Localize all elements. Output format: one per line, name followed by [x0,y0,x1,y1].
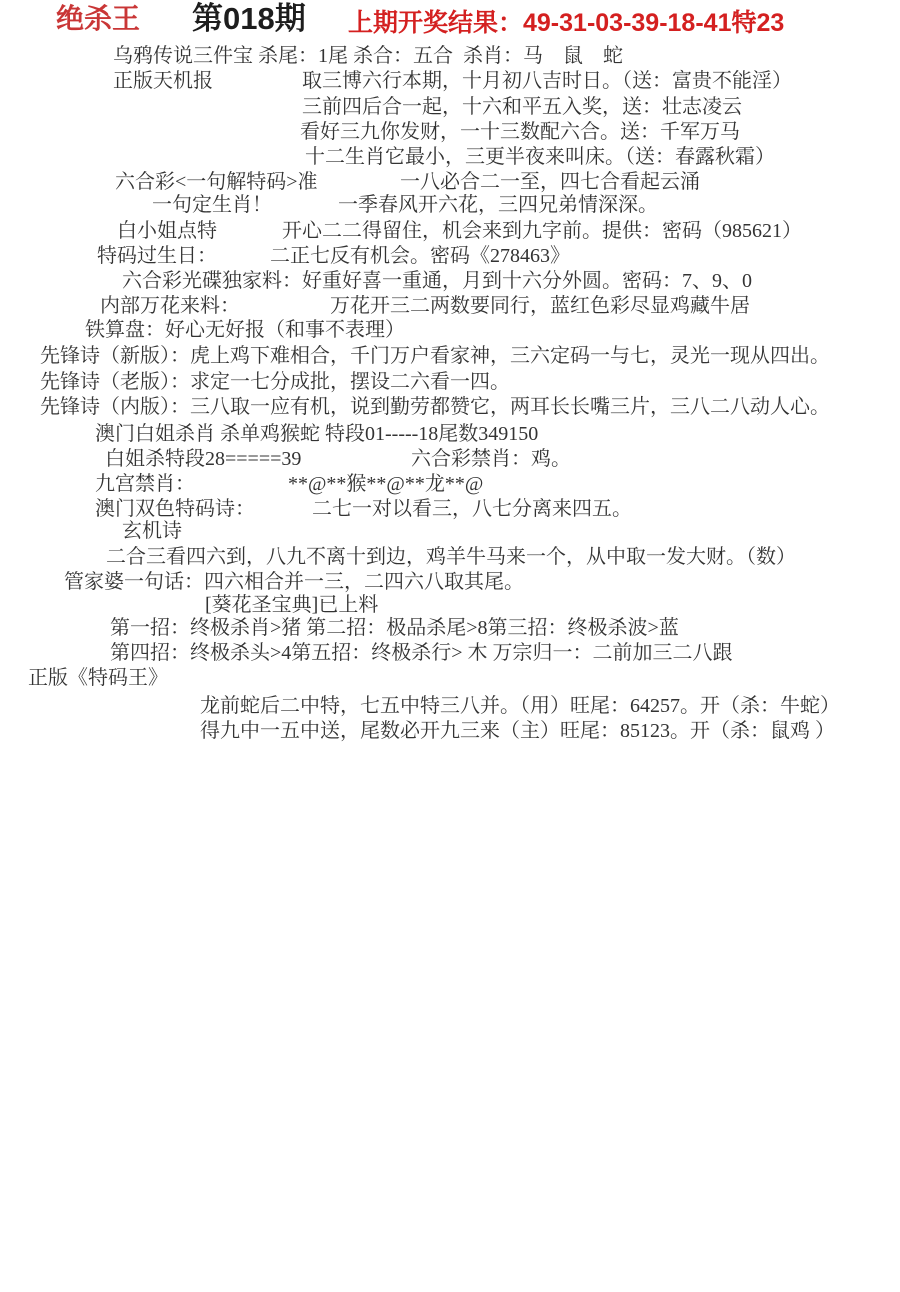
lottery-tip-sheet: 绝杀王 第018期 上期开奖结果：49-31-03-39-18-41特23 乌鸦… [0,0,900,1292]
internal-wanhua-text: 万花开三二两数要同行，蓝红色彩尽显鸡藏牛居 [330,294,750,318]
pioneer-poem-old: 先锋诗（老版）：求定一七分成批，摆设二六看一四。 [40,370,510,394]
one-sentence-zodiac-label: 一句定生肖！ [152,193,272,217]
macau-double-color-text: 二七一对以看三，八七分离来四五。 [312,497,632,521]
wuya-three-treasures-line: 乌鸦传说三件宝 杀尾：1尾 杀合：五合 杀肖：马 鼠 蛇 [113,44,623,68]
macau-bai-kill-zodiac-line: 澳门白姐杀肖 杀单鸡猴蛇 特段01-----18尾数349150 [95,422,538,446]
last-draw-result: 上期开奖结果：49-31-03-39-18-41特23 [348,8,784,38]
miss-bai-tip-label: 白小姐点特 [117,219,217,243]
internal-wanhua-label: 内部万花来料： [100,294,240,318]
mystery-poem-text: 二合三看四六到，八九不离十到边，鸡羊牛马来一个，从中取一发大财。（数） [106,545,796,569]
iron-abacus-line: 铁算盘：好心无好报（和事不表理） [85,318,405,342]
housekeeper-sentence-line: 管家婆一句话：四六相合并一三，二四六八取其尾。 [64,570,524,594]
tianjibao-verse-4: 十二生肖它最小，三更半夜来叫床。（送：春露秋霜） [305,145,775,169]
special-code-king-verse-2: 得九中一五中送，尾数必开九三来（主）旺尾：85123。开（杀：鼠鸡 ） [200,719,835,743]
pioneer-poem-inner: 先锋诗（内版）：三八取一应有机，说到勤劳都赞它，两耳长长嘴三片，三八二八动人心。 [40,395,830,419]
one-sentence-decode-text: 一八必合二一至，四七合看起云涌 [400,170,700,194]
cd-exclusive-line: 六合彩光碟独家料：好重好喜一重通，月到十六分外圆。密码：7、9、0 [122,269,752,293]
moves-line-1: 第一招：终极杀肖>猪 第二招：极品杀尾>8第三招：终极杀波>蓝 [110,616,679,640]
bai-kill-segment-line: 白姐杀特段28=====39 [105,447,301,471]
macau-double-color-label: 澳门双色特码诗： [95,497,255,521]
special-code-king-title: 正版《特码王》 [28,666,168,690]
sunflower-codex-line: [葵花圣宝典]已上料 [205,593,378,617]
brand-title: 绝杀王 [56,4,140,36]
forbidden-zodiac-line: 六合彩禁肖：鸡。 [411,447,571,471]
tianjibao-label: 正版天机报 [113,69,213,93]
moves-line-2: 第四招：终极杀头>4第五招：终极杀行> 木 万宗归一：二前加三二八跟 [110,641,733,665]
nine-palace-forbidden-label: 九宫禁肖： [95,472,195,496]
special-birthday-text: 二正七反有机会。密码《278463》 [270,244,570,268]
one-sentence-zodiac-text: 一季春风开六花，三四兄弟情深深。 [338,193,658,217]
special-birthday-label: 特码过生日： [97,244,217,268]
issue-number: 第018期 [192,1,306,37]
mystery-poem-title: 玄机诗 [122,519,182,543]
pioneer-poem-new: 先锋诗（新版）：虎上鸡下难相合，千门万户看家神，三六定码一与七，灵光一现从四出。 [40,344,830,368]
tianjibao-verse-1: 取三博六行本期，十月初八吉时日。（送：富贵不能淫） [302,69,792,93]
special-code-king-verse-1: 龙前蛇后二中特，七五中特三八并。（用）旺尾：64257。开（杀：牛蛇） [200,694,840,718]
tianjibao-verse-2: 三前四后合一起，十六和平五入奖，送：壮志凌云 [302,95,742,119]
tianjibao-verse-3: 看好三九你发财，一十三数配六合。送：千军万马 [300,120,740,144]
nine-palace-forbidden-text: **@**猴**@**龙**@ [288,472,483,496]
one-sentence-decode-label: 六合彩<一句解特码>准 [115,170,318,194]
miss-bai-tip-text: 开心二二得留住，机会来到九字前。提供：密码（985621） [282,219,802,243]
